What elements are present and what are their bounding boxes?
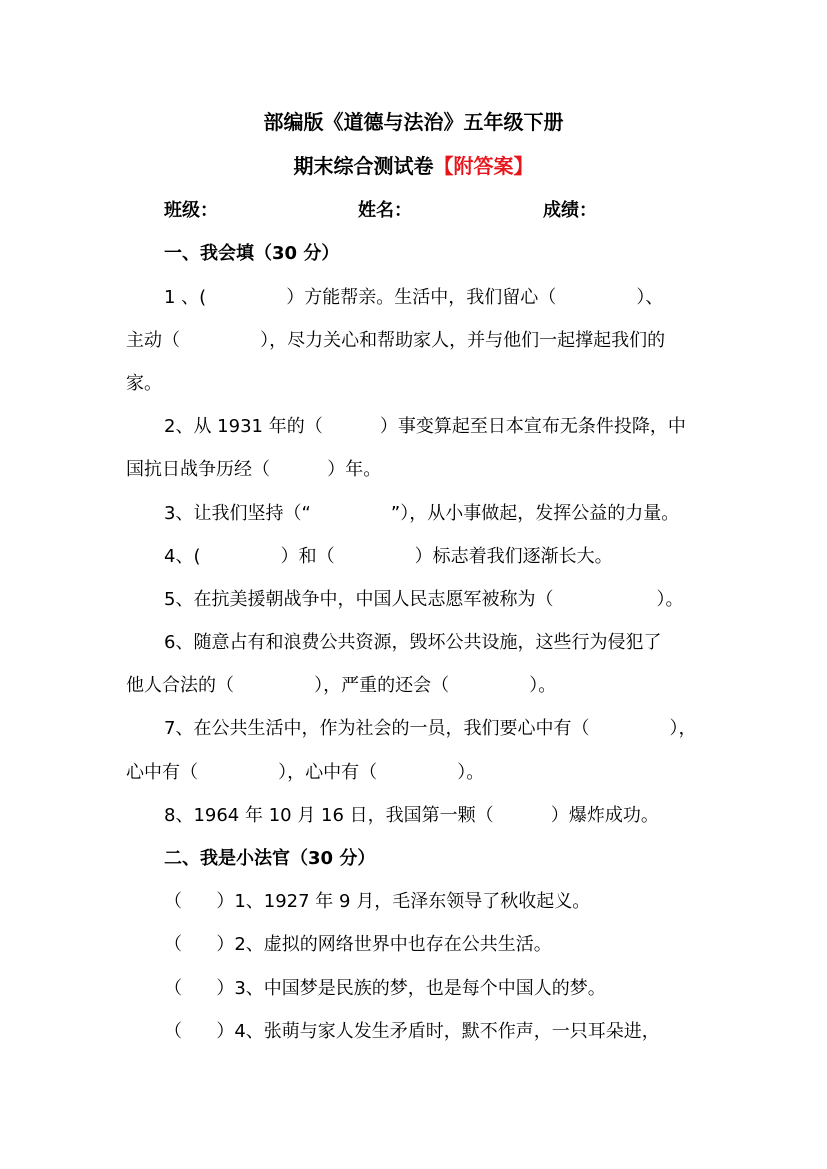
section-heading-fill-in: 一、我会填（30 分） xyxy=(164,242,339,266)
judge-item-3: （ ）3、中国梦是民族的梦，也是每个中国人的梦。 xyxy=(164,977,606,1001)
document-subtitle: 期末综合测试卷【附答案】 xyxy=(0,154,827,178)
question-1-line-1: 1 、( ）方能帮亲。生活中，我们留心（ ）、 xyxy=(164,286,663,310)
name-label: 姓名： xyxy=(358,199,412,223)
question-2-line-1: 2、从 1931 年的（ ）事变算起至日本宣布无条件投降，中 xyxy=(164,415,686,439)
question-5: 5、在抗美援朝战争中，中国人民志愿军被称为（ ）。 xyxy=(164,588,683,612)
question-7-line-2: 心中有（ ），心中有（ ）。 xyxy=(126,761,484,785)
question-8: 8、1964 年 10 月 16 日，我国第一颗（ ）爆炸成功。 xyxy=(164,804,659,828)
question-1-line-2: 主动（ ），尽力关心和帮助家人，并与他们一起撑起我们的 xyxy=(126,329,665,353)
class-label: 班级： xyxy=(164,199,218,223)
question-4: 4、( ）和（ ）标志着我们逐渐长大。 xyxy=(164,545,613,569)
question-3: 3、让我们坚持（“ ”），从小事做起，发挥公益的力量。 xyxy=(164,502,679,526)
section-heading-judge: 二、我是小法官（30 分） xyxy=(164,847,375,871)
question-2-line-2: 国抗日战争历经（ ）年。 xyxy=(126,458,381,482)
score-label: 成绩： xyxy=(543,199,597,223)
question-1-line-3: 家。 xyxy=(126,372,162,396)
answer-key-label: 【附答案】 xyxy=(434,154,534,178)
judge-item-4: （ ）4、张萌与家人发生矛盾时，默不作声，一只耳朵进， xyxy=(164,1020,660,1044)
judge-item-1: （ ）1、1927 年 9 月，毛泽东领导了秋收起义。 xyxy=(164,890,590,914)
question-6-line-1: 6、随意占有和浪费公共资源，毁坏公共设施，这些行为侵犯了 xyxy=(164,631,661,655)
question-6-line-2: 他人合法的（ ），严重的还会（ ）。 xyxy=(126,674,556,698)
exam-page: 部编版《道德与法治》五年级下册 期末综合测试卷【附答案】 班级： 姓名： 成绩：… xyxy=(0,0,827,1169)
question-7-line-1: 7、在公共生活中，作为社会的一员，我们要心中有（ ）， xyxy=(164,717,697,741)
document-title: 部编版《道德与法治》五年级下册 xyxy=(0,110,827,134)
judge-item-2: （ ）2、虚拟的网络世界中也存在公共生活。 xyxy=(164,933,552,957)
subtitle-main: 期末综合测试卷 xyxy=(294,154,434,178)
